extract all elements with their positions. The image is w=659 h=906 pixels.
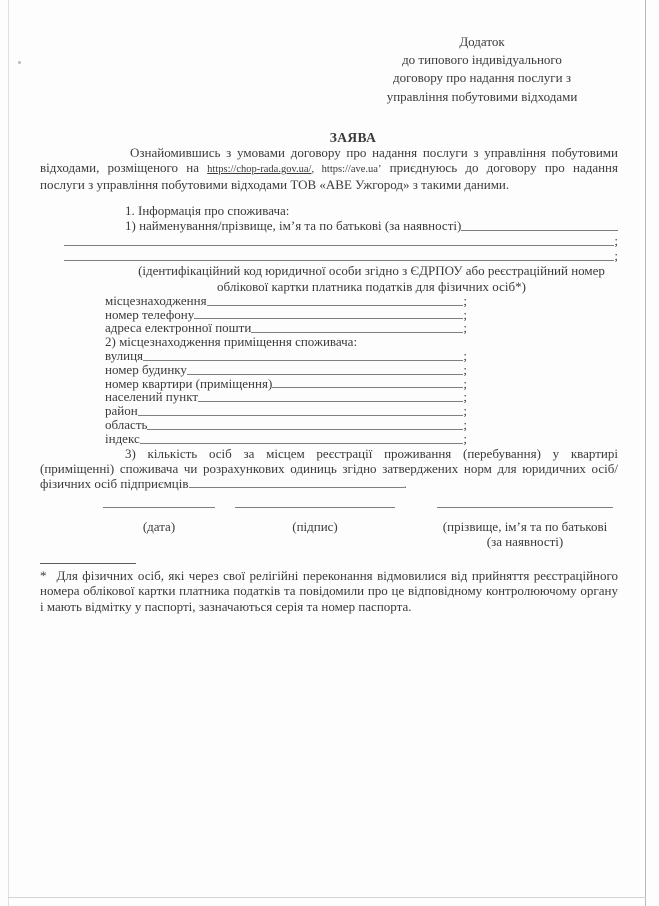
form-field-row: район ; bbox=[105, 404, 467, 418]
appendix-header-line: Додаток bbox=[332, 33, 632, 51]
field-name-surname-label: 1) найменування/прізвище, ім’я та по бат… bbox=[125, 218, 461, 233]
item3-paragraph: 3) кількість осіб за місцем реєстрації п… bbox=[40, 446, 618, 492]
field-label: індекс bbox=[105, 432, 140, 446]
blank-fill-line bbox=[189, 476, 404, 488]
blank-fill-line bbox=[207, 305, 464, 306]
appendix-header-line: управління побутовими відходами bbox=[332, 88, 632, 106]
form-field-row: населений пункт ; bbox=[105, 390, 467, 404]
form-field-row: номер телефону ; bbox=[105, 308, 467, 322]
scanned-document-page: Додаток до типового індивідуального дого… bbox=[0, 0, 659, 906]
signature-name-line bbox=[437, 495, 613, 508]
line-suffix: ; bbox=[463, 418, 467, 432]
field-label: номер будинку bbox=[105, 363, 187, 377]
link-separator: , bbox=[311, 164, 321, 175]
field-label: населений пункт bbox=[105, 390, 198, 404]
scan-edge-left bbox=[8, 0, 9, 906]
section1-heading: 1. Інформація про споживача: bbox=[40, 203, 618, 218]
signature-date-line bbox=[103, 495, 215, 508]
scan-edge-bottom bbox=[8, 897, 646, 898]
blank-fill-line bbox=[138, 415, 464, 416]
appendix-header-line: договору про надання послуги з bbox=[332, 69, 632, 87]
blank-fill-line bbox=[147, 429, 463, 430]
appendix-header-line: до типового індивідуального bbox=[332, 51, 632, 69]
signature-sign-line bbox=[235, 495, 395, 508]
blank-fill-line bbox=[143, 360, 463, 361]
signature-date-column: (дата) bbox=[103, 495, 215, 549]
signature-name-label-line2: (за наявності) bbox=[437, 535, 613, 550]
signature-name-column: (прізвище, ім’я та по батькові (за наявн… bbox=[437, 495, 613, 549]
id-code-caption-line2: облікової картки платника податків для ф… bbox=[125, 279, 618, 294]
blank-fill-line bbox=[64, 245, 614, 246]
signature-sign-column: (підпис) bbox=[235, 495, 395, 549]
line-suffix: ; bbox=[463, 349, 467, 363]
blank-fill-line bbox=[187, 374, 463, 375]
blank-fill-line bbox=[251, 332, 463, 333]
footnote-text: Для фізичних осіб, які через свої релігі… bbox=[40, 568, 618, 613]
footnote-asterisk: * bbox=[40, 568, 57, 583]
document-content: Додаток до типового індивідуального дого… bbox=[40, 33, 618, 614]
premises-subheading-row: 2) місцезнаходження приміщення споживача… bbox=[105, 335, 467, 349]
field-label: вулиця bbox=[105, 349, 143, 363]
field-label: область bbox=[105, 418, 147, 432]
id-code-caption-line1: (ідентифікаційний код юридичної особи зг… bbox=[125, 263, 618, 278]
line-suffix: ; bbox=[463, 308, 467, 322]
form-field-row: місцезнаходження ; bbox=[105, 294, 467, 308]
form-field-row: адреса електронної пошти ; bbox=[105, 321, 467, 335]
link-ave: https://ave.ua’ bbox=[322, 164, 382, 175]
consumer-field-rows: місцезнаходження ;номер телефону ;адреса… bbox=[105, 294, 467, 446]
signature-sign-label: (підпис) bbox=[235, 520, 395, 535]
blank-continuation-line: ; bbox=[64, 248, 618, 263]
blank-fill-line bbox=[461, 230, 618, 231]
line-suffix: ; bbox=[614, 248, 618, 263]
line-suffix: ; bbox=[463, 377, 467, 391]
field-label: адреса електронної пошти bbox=[105, 321, 251, 335]
field-label: місцезнаходження bbox=[105, 294, 207, 308]
line-suffix: ; bbox=[463, 390, 467, 404]
field-label: район bbox=[105, 404, 138, 418]
form-field-row: вулиця ; bbox=[105, 349, 467, 363]
line-suffix: ; bbox=[463, 321, 467, 335]
blank-fill-line bbox=[194, 318, 463, 319]
line-suffix: ; bbox=[463, 294, 467, 308]
field-label: номер квартири (приміщення) bbox=[105, 377, 272, 391]
form-field-row: індекс ; bbox=[105, 432, 467, 446]
blank-fill-line bbox=[140, 443, 464, 444]
blank-fill-line bbox=[64, 260, 614, 261]
form-field-row: номер квартири (приміщення) ; bbox=[105, 377, 467, 391]
link-chop-rada[interactable]: https://chop-rada.gov.ua/ bbox=[207, 164, 311, 175]
scan-speck-artifact bbox=[18, 61, 21, 64]
footnote-paragraph: *Для фізичних осіб, які через свої реліг… bbox=[40, 568, 618, 614]
document-title: ЗАЯВА bbox=[40, 130, 618, 145]
signature-block: (дата) (підпис) (прізвище, ім’я та по ба… bbox=[40, 495, 618, 549]
field-label: номер телефону bbox=[105, 308, 194, 322]
blank-fill-line bbox=[272, 387, 463, 388]
signature-date-label: (дата) bbox=[103, 520, 215, 535]
field-name-surname: 1) найменування/прізвище, ім’я та по бат… bbox=[40, 218, 618, 233]
line-suffix: ; bbox=[614, 233, 618, 248]
field-label: 2) місцезнаходження приміщення споживача… bbox=[105, 335, 357, 349]
form-field-row: область ; bbox=[105, 418, 467, 432]
scan-edge-right bbox=[645, 0, 646, 906]
line-suffix: ; bbox=[463, 432, 467, 446]
blank-fill-line bbox=[198, 401, 463, 402]
signature-name-label-line1: (прізвище, ім’я та по батькові bbox=[437, 520, 613, 535]
form-field-row: номер будинку ; bbox=[105, 363, 467, 377]
line-suffix: ; bbox=[463, 363, 467, 377]
footnote-separator bbox=[40, 563, 136, 564]
appendix-header: Додаток до типового індивідуального дого… bbox=[332, 33, 632, 106]
blank-continuation-line: ; bbox=[64, 233, 618, 248]
item3-suffix: . bbox=[404, 476, 407, 491]
line-suffix: ; bbox=[463, 404, 467, 418]
intro-paragraph: Ознайомившись з умовами договору про над… bbox=[40, 145, 618, 193]
